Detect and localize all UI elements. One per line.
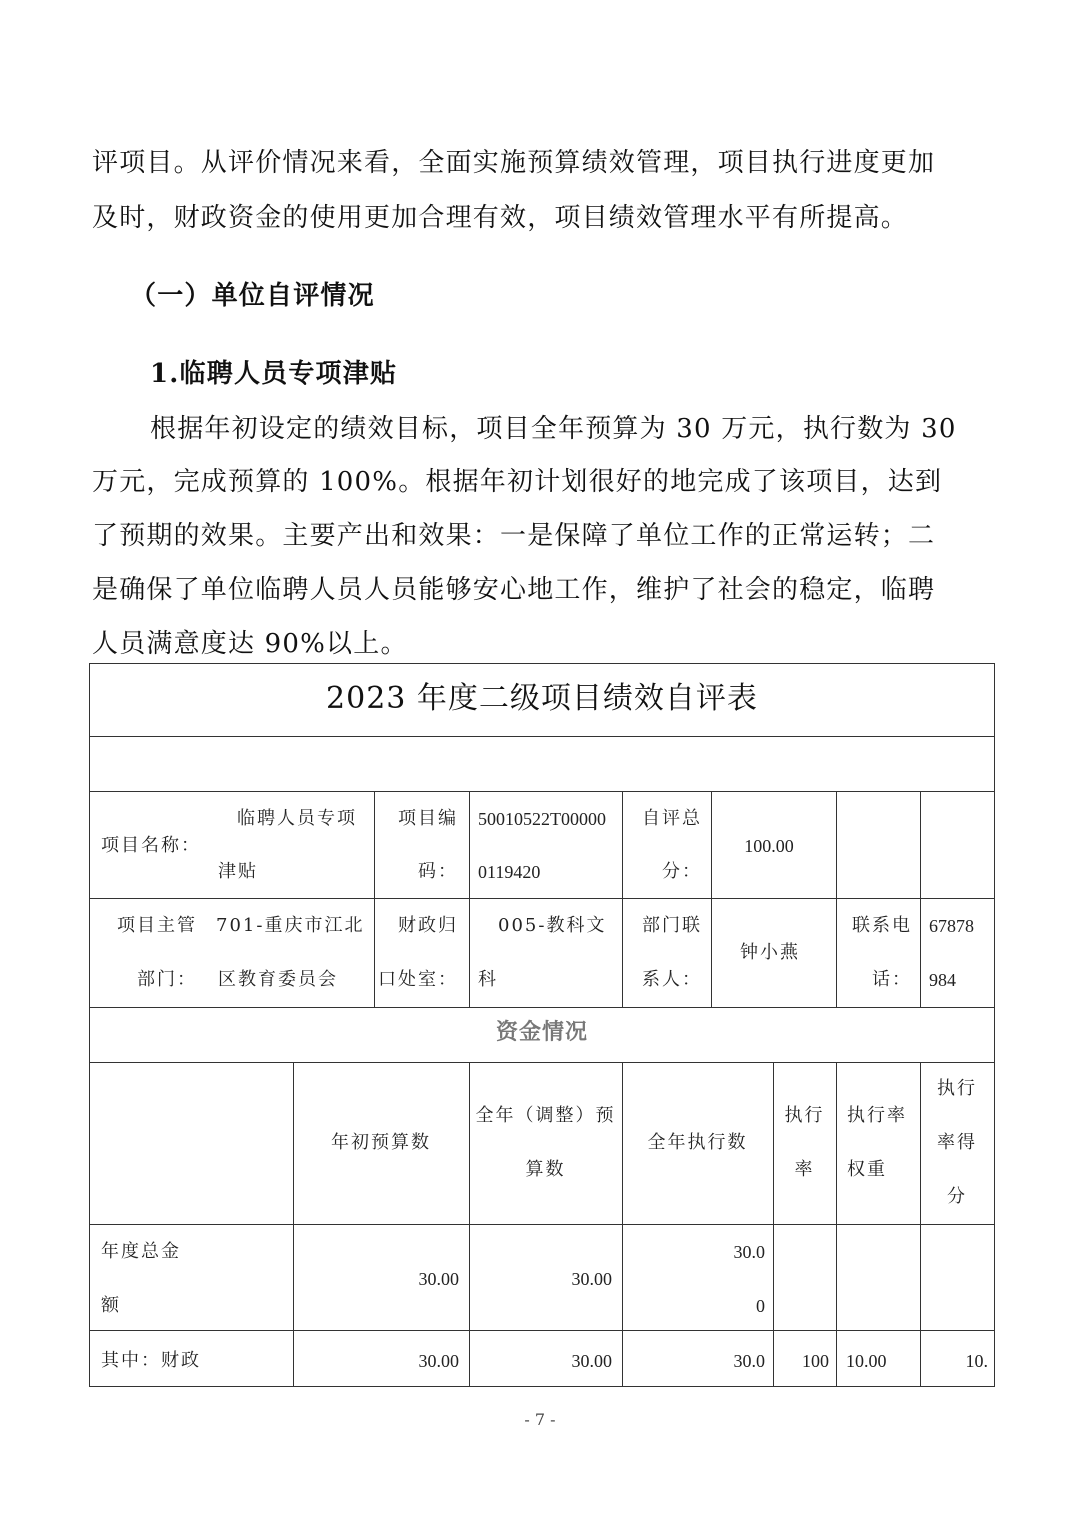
score-value: 100.00 — [711, 837, 827, 855]
phone-value-2: 984 — [929, 971, 956, 989]
body-line-1: 评项目。从评价情况来看，全面实施预算绩效管理，项目执行进度更加 — [92, 150, 987, 176]
header-score-3: 分 — [920, 1188, 994, 1206]
para2-line-2: 万元，完成预算的 100%。根据年初计划很好的地完成了该项目，达到 — [92, 469, 987, 495]
row1-executed-1: 30.0 — [622, 1243, 765, 1261]
project-name-value-1: 临聘人员专项 — [237, 810, 357, 828]
header-initial-budget: 年初预算数 — [293, 1134, 469, 1152]
para2-line-1: 根据年初设定的绩效目标，项目全年预算为 30 万元，执行数为 30 — [150, 416, 1045, 442]
header-adjusted-budget-2: 算数 — [469, 1161, 622, 1179]
body-line-2: 及时，财政资金的使用更加合理有效，项目绩效管理水平有所提高。 — [92, 205, 987, 231]
phone-label-2: 话： — [838, 971, 912, 989]
project-code-value-2: 0119420 — [478, 863, 540, 881]
row2-adjusted: 30.00 — [469, 1352, 612, 1370]
subheading: 1.临聘人员专项津贴 — [150, 361, 1045, 387]
header-weight-1: 执行率 — [847, 1107, 907, 1125]
header-score-2: 率得 — [920, 1134, 994, 1152]
header-rate-2: 率 — [773, 1161, 836, 1179]
page-number: - 7 - — [440, 1412, 640, 1428]
score-label-2: 分： — [624, 863, 702, 881]
dept-value-1: 701-重庆市江北 — [216, 917, 364, 935]
row2-initial: 30.00 — [293, 1352, 459, 1370]
phone-label-1: 联系电 — [838, 917, 912, 935]
row1-label-2: 额 — [101, 1297, 121, 1315]
contact-label-1: 部门联 — [624, 917, 702, 935]
project-code-value-1: 50010522T00000 — [478, 810, 606, 828]
finance-value-1: 005-教科文 — [498, 917, 606, 935]
funds-section-title: 资金情况 — [89, 1021, 995, 1043]
phone-value-1: 67878 — [929, 917, 974, 935]
para2-line-3: 了预期的效果。主要产出和效果：一是保障了单位工作的正常运转；二 — [92, 523, 987, 549]
row2-weight: 10.00 — [846, 1352, 887, 1370]
contact-label-2: 系人： — [624, 971, 702, 989]
dept-label-1: 项目主管 — [91, 917, 197, 935]
section-heading: （一）单位自评情况 — [130, 283, 1025, 309]
row2-executed: 30.0 — [622, 1352, 765, 1370]
row1-executed-2: 0 — [622, 1297, 765, 1315]
header-score-1: 执行 — [920, 1080, 994, 1098]
row2-label: 其中：财政 — [101, 1352, 201, 1370]
header-rate-1: 执行 — [773, 1107, 836, 1125]
finance-label-2: 口处室： — [376, 971, 458, 989]
contact-value: 钟小燕 — [711, 944, 829, 962]
para2-line-5: 人员满意度达 90%以上。 — [92, 631, 987, 657]
para2-line-4: 是确保了单位临聘人员人员能够安心地工作，维护了社会的稳定，临聘 — [92, 577, 987, 603]
project-name-label: 项目名称： — [101, 837, 201, 855]
project-code-label-1: 项目编 — [376, 810, 458, 828]
project-code-label-2: 码： — [376, 863, 458, 881]
header-adjusted-budget-1: 全年（调整）预 — [469, 1107, 622, 1125]
dept-label-2: 部门： — [91, 971, 197, 989]
header-executed: 全年执行数 — [622, 1134, 773, 1152]
header-weight-2: 权重 — [847, 1161, 887, 1179]
row2-score: 10. — [920, 1352, 988, 1370]
dept-value-2: 区教育委员会 — [218, 971, 338, 989]
row1-adjusted: 30.00 — [469, 1270, 612, 1288]
table-title: 2023 年度二级项目绩效自评表 — [89, 684, 995, 714]
finance-value-2: 科 — [478, 971, 498, 989]
score-label-1: 自评总 — [624, 810, 702, 828]
row1-label-1: 年度总金 — [101, 1243, 181, 1261]
row2-rate: 100 — [773, 1352, 829, 1370]
row1-initial: 30.00 — [293, 1270, 459, 1288]
finance-label-1: 财政归 — [376, 917, 458, 935]
project-name-value-2: 津贴 — [218, 863, 258, 881]
